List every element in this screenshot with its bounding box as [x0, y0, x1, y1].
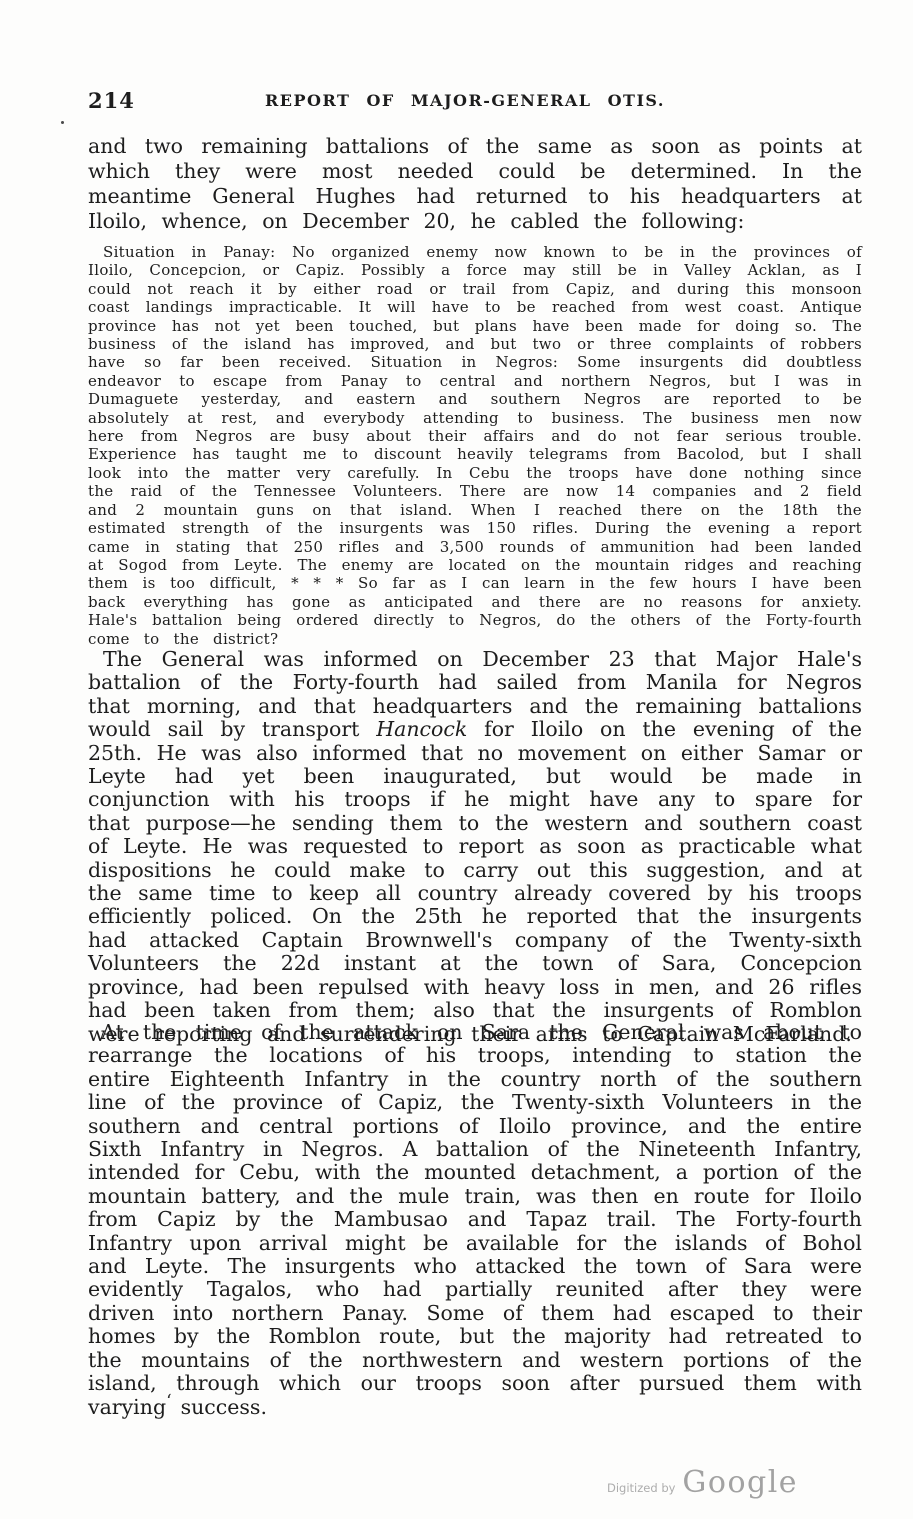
- watermark-prefix-text: Digitized by: [607, 1481, 675, 1495]
- ink-dot-artifact: [61, 121, 64, 124]
- paragraph-intro: and two remaining battalions of the same…: [88, 134, 862, 234]
- google-logo: Google: [682, 1465, 798, 1500]
- ship-name-hancock: Hancock: [376, 717, 467, 741]
- paragraph-attack-on-sara: At the time of the attack on Sara the Ge…: [88, 1021, 862, 1419]
- scanned-book-page: 214 REPORT OF MAJOR-GENERAL OTIS. and tw…: [0, 0, 913, 1519]
- blockquote-cabled-message: Situation in Panay: No organized enemy n…: [88, 243, 862, 648]
- paragraph-text-after-ship: for Iloilo on the evening of the 25th. H…: [88, 717, 862, 1045]
- digitization-watermark: Digitized by Google: [607, 1465, 798, 1500]
- page-header: 214 REPORT OF MAJOR-GENERAL OTIS.: [88, 88, 862, 116]
- running-head-title: REPORT OF MAJOR-GENERAL OTIS.: [88, 91, 842, 110]
- ink-tick-artifact: ʻ: [166, 1391, 172, 1412]
- paragraph-general-informed: The General was informed on December 23 …: [88, 648, 862, 1046]
